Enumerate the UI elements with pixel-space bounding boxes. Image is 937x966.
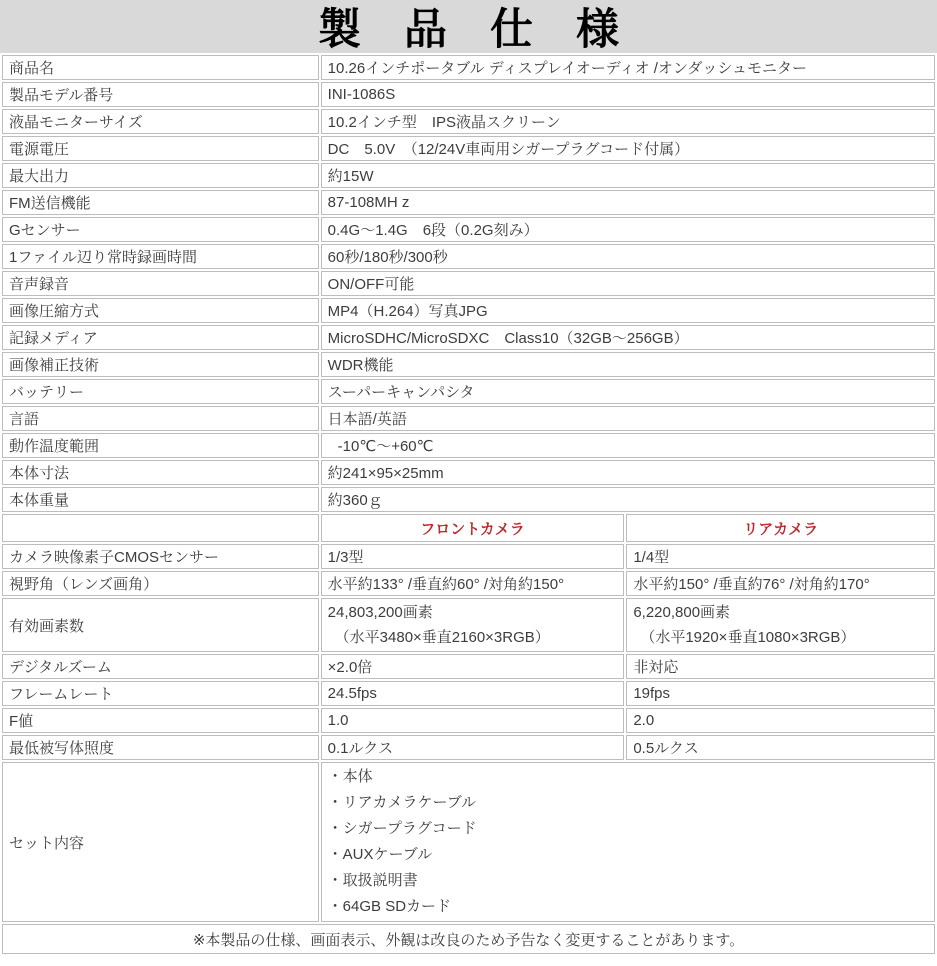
set-item: ・取扱説明書 xyxy=(328,868,928,894)
spec-label: Gセンサー xyxy=(2,217,319,242)
camera-row: F値 1.0 2.0 xyxy=(2,708,935,733)
spec-value: MicroSDHC/MicroSDXC Class10（32GB〜256GB） xyxy=(321,325,935,350)
camera-rear-value: 0.5ルクス xyxy=(626,735,935,760)
camera-label: デジタルズーム xyxy=(2,654,319,679)
spec-value: ON/OFF可能 xyxy=(321,271,935,296)
spec-label: 画像圧縮方式 xyxy=(2,298,319,323)
camera-row-pixels: 有効画素数 24,803,200画素 （水平3480×垂直2160×3RGB） … xyxy=(2,598,935,652)
spec-label: 電源電圧 xyxy=(2,136,319,161)
camera-row: 視野角（レンズ画角） 水平約133° /垂直約60° /対角約150° 水平約1… xyxy=(2,571,935,596)
pixel-count: 24,803,200画素 xyxy=(328,600,618,625)
camera-front-header: フロントカメラ xyxy=(321,514,625,542)
spec-label: 画像補正技術 xyxy=(2,352,319,377)
spec-row: 言語 日本語/英語 xyxy=(2,406,935,431)
spec-row: Gセンサー 0.4G〜1.4G 6段（0.2G刻み） xyxy=(2,217,935,242)
page-title: 製 品 仕 様 xyxy=(0,0,937,53)
spec-value: スーパーキャンパシタ xyxy=(321,379,935,404)
spec-row: 液晶モニターサイズ 10.2インチ型 IPS液晶スクリーン xyxy=(2,109,935,134)
camera-front-value: 24,803,200画素 （水平3480×垂直2160×3RGB） xyxy=(321,598,625,652)
camera-label: 最低被写体照度 xyxy=(2,735,319,760)
spec-row: 記録メディア MicroSDHC/MicroSDXC Class10（32GB〜… xyxy=(2,325,935,350)
camera-rear-value: 2.0 xyxy=(626,708,935,733)
camera-rear-value: 6,220,800画素 （水平1920×垂直1080×3RGB） xyxy=(626,598,935,652)
spec-label: 本体重量 xyxy=(2,487,319,512)
set-item: ・リアカメラケーブル xyxy=(328,790,928,816)
spec-row: 製品モデル番号 INI-1086S xyxy=(2,82,935,107)
spec-label: 本体寸法 xyxy=(2,460,319,485)
footer-row: ※本製品の仕様、画面表示、外観は改良のため予告なく変更することがあります。 xyxy=(2,924,935,954)
spec-label: 記録メディア xyxy=(2,325,319,350)
spec-value: 87-108MH z xyxy=(321,190,935,215)
camera-row: フレームレート 24.5fps 19fps xyxy=(2,681,935,706)
camera-label: 有効画素数 xyxy=(2,598,319,652)
spec-value: 約15W xyxy=(321,163,935,188)
spec-label: 動作温度範囲 xyxy=(2,433,319,458)
camera-front-value: 24.5fps xyxy=(321,681,625,706)
spec-value: 0.4G〜1.4G 6段（0.2G刻み） xyxy=(321,217,935,242)
spec-value: 60秒/180秒/300秒 xyxy=(321,244,935,269)
spec-value: -10℃〜+60℃ xyxy=(321,433,935,458)
spec-value: 約360ｇ xyxy=(321,487,935,512)
spec-row: 音声録音 ON/OFF可能 xyxy=(2,271,935,296)
spec-row: 商品名 10.26インチポータブル ディスプレイオーディオ /オンダッシュモニタ… xyxy=(2,55,935,80)
spec-value: 約241×95×25mm xyxy=(321,460,935,485)
spec-table: 商品名 10.26インチポータブル ディスプレイオーディオ /オンダッシュモニタ… xyxy=(0,53,937,956)
camera-label: カメラ映像素子CMOSセンサー xyxy=(2,544,319,569)
camera-label: 視野角（レンズ画角） xyxy=(2,571,319,596)
spec-label: バッテリー xyxy=(2,379,319,404)
camera-rear-value: 非対応 xyxy=(626,654,935,679)
camera-label: フレームレート xyxy=(2,681,319,706)
spec-row: 本体寸法 約241×95×25mm xyxy=(2,460,935,485)
set-item: ・本体 xyxy=(328,764,928,790)
spec-row: 画像圧縮方式 MP4（H.264）写真JPG xyxy=(2,298,935,323)
spec-row: 本体重量 約360ｇ xyxy=(2,487,935,512)
spec-label: 商品名 xyxy=(2,55,319,80)
spec-row: 動作温度範囲 -10℃〜+60℃ xyxy=(2,433,935,458)
spec-label: 製品モデル番号 xyxy=(2,82,319,107)
set-contents-row: セット内容 ・本体 ・リアカメラケーブル ・シガープラグコード ・AUXケーブル… xyxy=(2,762,935,922)
camera-row: デジタルズーム ×2.0倍 非対応 xyxy=(2,654,935,679)
camera-rear-value: 水平約150° /垂直約76° /対角約170° xyxy=(626,571,935,596)
set-contents-label: セット内容 xyxy=(2,762,319,922)
camera-rear-value: 19fps xyxy=(626,681,935,706)
spec-label: 音声録音 xyxy=(2,271,319,296)
set-contents-list: ・本体 ・リアカメラケーブル ・シガープラグコード ・AUXケーブル ・取扱説明… xyxy=(321,762,935,922)
spec-value: 10.26インチポータブル ディスプレイオーディオ /オンダッシュモニター xyxy=(321,55,935,80)
camera-header-empty-cell xyxy=(2,514,319,542)
spec-row: バッテリー スーパーキャンパシタ xyxy=(2,379,935,404)
spec-label: 言語 xyxy=(2,406,319,431)
spec-value: 10.2インチ型 IPS液晶スクリーン xyxy=(321,109,935,134)
camera-rear-value: 1/4型 xyxy=(626,544,935,569)
spec-value: 日本語/英語 xyxy=(321,406,935,431)
spec-row: 電源電圧 DC 5.0V （12/24V車両用シガープラグコード付属） xyxy=(2,136,935,161)
camera-front-value: 水平約133° /垂直約60° /対角約150° xyxy=(321,571,625,596)
camera-row: 最低被写体照度 0.1ルクス 0.5ルクス xyxy=(2,735,935,760)
spec-label: 液晶モニターサイズ xyxy=(2,109,319,134)
set-item: ・AUXケーブル xyxy=(328,842,928,868)
spec-row: 最大出力 約15W xyxy=(2,163,935,188)
spec-value: INI-1086S xyxy=(321,82,935,107)
pixel-detail: （水平3480×垂直2160×3RGB） xyxy=(328,625,618,650)
spec-value: WDR機能 xyxy=(321,352,935,377)
spec-label: FM送信機能 xyxy=(2,190,319,215)
camera-front-value: 1.0 xyxy=(321,708,625,733)
camera-rear-header: リアカメラ xyxy=(626,514,935,542)
spec-value: DC 5.0V （12/24V車両用シガープラグコード付属） xyxy=(321,136,935,161)
spec-value: MP4（H.264）写真JPG xyxy=(321,298,935,323)
spec-label: 1ファイル辺り常時録画時間 xyxy=(2,244,319,269)
spec-label: 最大出力 xyxy=(2,163,319,188)
spec-row: 画像補正技術 WDR機能 xyxy=(2,352,935,377)
pixel-count: 6,220,800画素 xyxy=(633,600,928,625)
set-item: ・シガープラグコード xyxy=(328,816,928,842)
camera-front-value: 1/3型 xyxy=(321,544,625,569)
spec-row: FM送信機能 87-108MH z xyxy=(2,190,935,215)
spec-row: 1ファイル辺り常時録画時間 60秒/180秒/300秒 xyxy=(2,244,935,269)
footer-note: ※本製品の仕様、画面表示、外観は改良のため予告なく変更することがあります。 xyxy=(2,924,935,954)
camera-header-row: フロントカメラ リアカメラ xyxy=(2,514,935,542)
pixel-detail: （水平1920×垂直1080×3RGB） xyxy=(633,625,928,650)
camera-front-value: ×2.0倍 xyxy=(321,654,625,679)
camera-label: F値 xyxy=(2,708,319,733)
camera-front-value: 0.1ルクス xyxy=(321,735,625,760)
set-item: ・64GB SDカード xyxy=(328,894,928,920)
camera-row: カメラ映像素子CMOSセンサー 1/3型 1/4型 xyxy=(2,544,935,569)
